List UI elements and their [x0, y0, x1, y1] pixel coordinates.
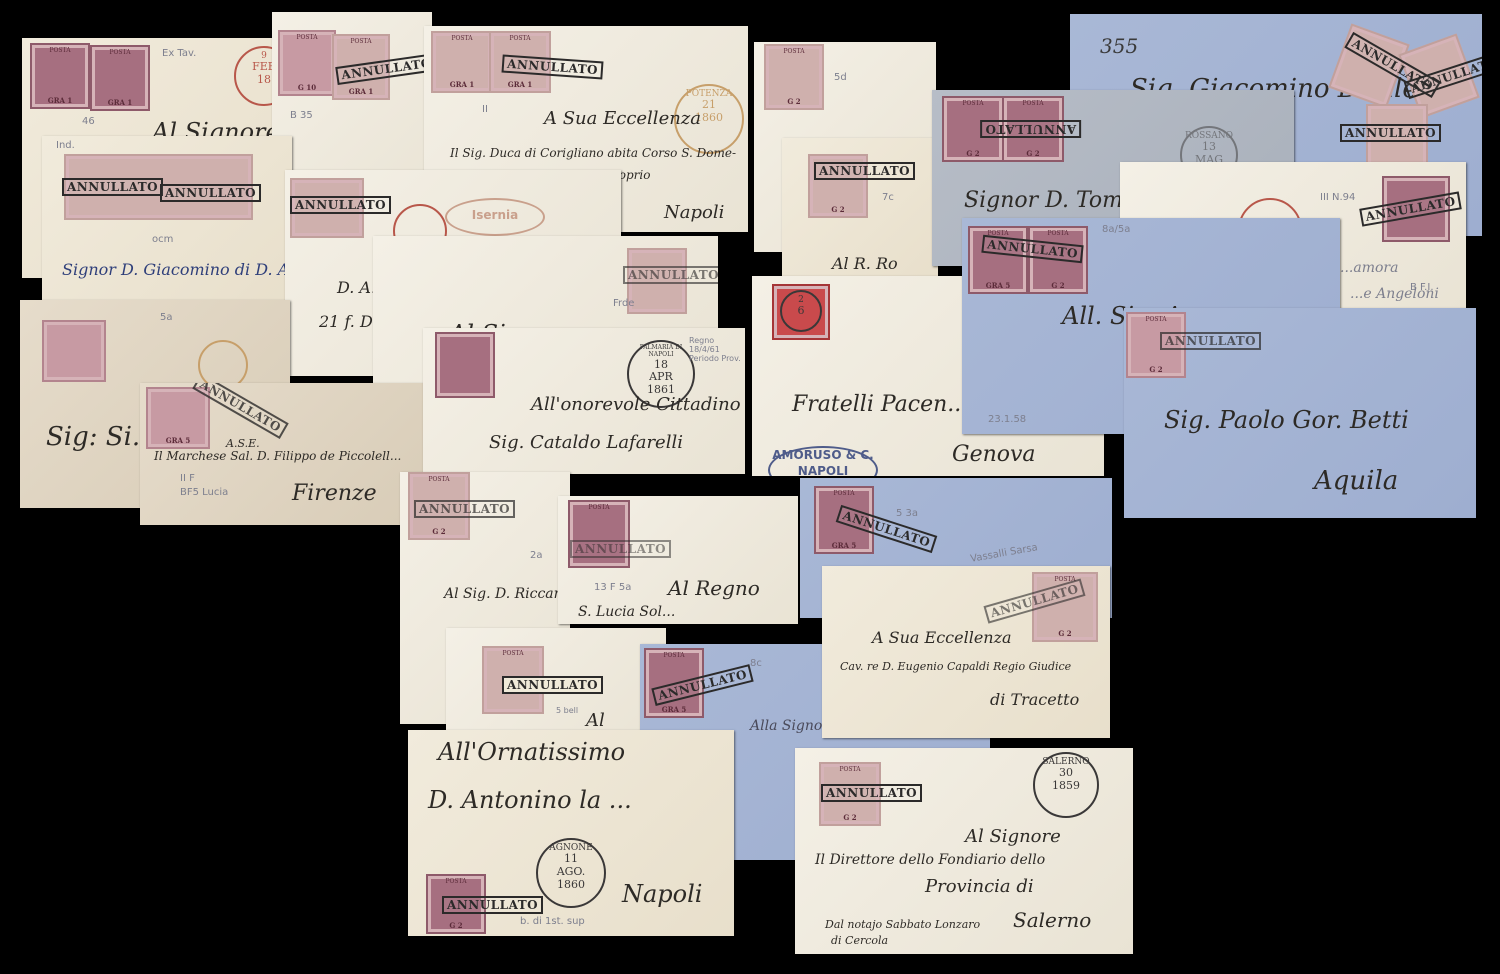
address-line: Genova: [952, 442, 1036, 467]
annullato-cancel: ANNULLATO: [160, 184, 261, 202]
address-line: Salerno: [1013, 908, 1091, 932]
address: Al: [586, 710, 605, 731]
address-line: Cav. re D. Eugenio Capaldi Regio Giudice: [840, 660, 1071, 673]
address-line: 21 f. D.: [319, 312, 377, 331]
pencil-note: 46: [82, 116, 95, 127]
pencil-note: Vassalli Sarsa: [970, 542, 1039, 565]
address-line: Dal notajo Sabbato Lonzaro: [825, 918, 980, 931]
address-line: All'Ornatissimo: [438, 738, 625, 766]
cover-25: POSTAG 2 ANNULLATO SALERNO301859 Al Sign…: [795, 748, 1133, 954]
address: Al R. Ro: [832, 254, 898, 273]
address-line: Napoli: [664, 202, 724, 223]
annullato-cancel: ANNULLATO: [414, 500, 515, 518]
cover-11: G 2 ANNULLATO 7c Al R. Ro: [782, 138, 938, 278]
pencil-note: III N.94: [1320, 192, 1355, 203]
stamp: GRA 5: [146, 387, 210, 449]
cover-19: POSTA ANNULLATO 13 F 5a Al Regno S. Luci…: [558, 496, 798, 624]
address-line: Al Signore: [965, 826, 1061, 847]
pencil-note: 8c: [750, 658, 762, 669]
pencil-note: 13 F 5a: [594, 582, 631, 593]
address-line: di Cercola: [831, 934, 888, 947]
address-line: Sig. Cataldo Lafarelli: [489, 432, 683, 453]
cover-9: PALMARIA DI NAPOLI18APR1861 Regno 18/4/6…: [423, 328, 745, 474]
pencil-note: Ex Tav.: [162, 48, 196, 59]
address-line: Il Marchese Sal. D. Filippo de Piccolell…: [154, 449, 401, 463]
stamp: POSTAG 2: [764, 44, 824, 110]
postmark: 26: [780, 290, 822, 332]
cover-8: GRA 5 ANNULLATO A.S.E. Il Marchese Sal. …: [140, 383, 426, 525]
address-line: ...amora: [1340, 260, 1398, 276]
address-line: Al Regno: [668, 576, 760, 600]
address-line: Il Direttore dello Fondiario dello: [815, 852, 1045, 868]
cover-24: All'Ornatissimo D. Antonino la ... AGNON…: [408, 730, 734, 936]
address-line: Napoli: [622, 880, 702, 908]
postmark: SALERNO301859: [1033, 752, 1099, 818]
date-note: 23.1.58: [988, 414, 1026, 425]
pencil-note: BF5 Lucia: [180, 487, 228, 498]
address: Al Sig. D. Riccar...: [444, 586, 570, 602]
town-cachet: Isernia: [445, 198, 545, 236]
address: Signor D. Giacomino di D. Anto...: [62, 260, 292, 279]
pencil-note: b. di 1st. sup: [520, 916, 585, 927]
stamp: POSTAG 10: [278, 30, 336, 96]
stamp: [42, 320, 106, 382]
annullato-cancel: ANNULLATO: [980, 120, 1081, 138]
cover-23: POSTAG 2 ANNULLATO A Sua Eccellenza Cav.…: [822, 566, 1110, 738]
pencil-note: Regno 18/4/61 Periodo Prov.: [689, 336, 745, 363]
cover-17: POSTAG 2 ANNULLATO Sig. Paolo Gor. Betti…: [1124, 308, 1476, 518]
address-line: Fratelli Pacen...: [792, 392, 968, 417]
address-line: Il Sig. Duca di Corigliano abita Corso S…: [450, 146, 736, 160]
stamp: [435, 332, 495, 398]
cover-4: ANNULLATO ANNULLATO Ind. ocm Signor D. G…: [42, 136, 292, 300]
pencil-note: 5a: [160, 312, 173, 323]
stamp: POSTAGRA 1: [431, 31, 493, 93]
pencil-note: 8a/5a: [1102, 224, 1130, 235]
pencil-note: B 35: [290, 110, 313, 121]
pencil-note: 5 bell: [556, 706, 578, 715]
annullato-cancel: ANNULLATO: [1160, 332, 1261, 350]
pencil-note: 7c: [882, 192, 894, 203]
annullato-cancel: ANNULLATO: [570, 540, 671, 558]
annullato-cancel: ANNULLATO: [821, 784, 922, 802]
address-line: D. Antonino la ...: [428, 786, 632, 814]
postmark: 9FEB18: [234, 46, 277, 106]
address-line: Provincia di: [925, 876, 1034, 897]
address-line: A Sua Eccellenza: [872, 628, 1012, 647]
annullato-cancel: ANNULLATO: [623, 266, 718, 284]
address-line: S. Lucia Sol...: [578, 604, 675, 620]
annullato-cancel: ANNULLATO: [62, 178, 163, 196]
annullato-cancel: ANNULLATO: [442, 896, 543, 914]
stamp: POSTAGRA 1: [30, 43, 90, 109]
address-line: Aquila: [1314, 466, 1398, 496]
address-line: Firenze: [292, 481, 377, 506]
pencil-note: Ind.: [56, 140, 75, 151]
pencil-note: 5 3a: [896, 508, 918, 519]
address-line: di Tracetto: [990, 690, 1079, 709]
address-line: D. A.: [337, 278, 376, 297]
address-line: A Sua Eccellenza: [544, 108, 701, 129]
address-line: Sig. Paolo Gor. Betti: [1164, 406, 1409, 434]
pencil-note: ocm: [152, 234, 173, 245]
stamp: POSTAGRA 1: [90, 45, 150, 111]
address-line: All'onorevole Cittadino: [531, 394, 741, 415]
pencil-note: 5d: [834, 72, 847, 83]
address-line: ...e Angeloni: [1350, 286, 1439, 302]
pencil-note: 2a: [530, 550, 543, 561]
company-cachet: AMORUSO & C.NAPOLI: [768, 446, 878, 476]
pencil-note: II: [482, 104, 488, 115]
postmark: AGNONE11AGO.1860: [536, 838, 606, 908]
annullato-cancel: ANNULLATO: [1340, 124, 1441, 142]
pencil-note: II F: [180, 473, 195, 484]
annullato-cancel: ANNULLATO: [290, 196, 391, 214]
annullato-cancel: ANNULLATO: [814, 162, 915, 180]
pencil-note: 355: [1100, 34, 1138, 58]
pencil-note: Frde: [613, 298, 634, 309]
annullato-cancel: ANNULLATO: [502, 676, 603, 694]
